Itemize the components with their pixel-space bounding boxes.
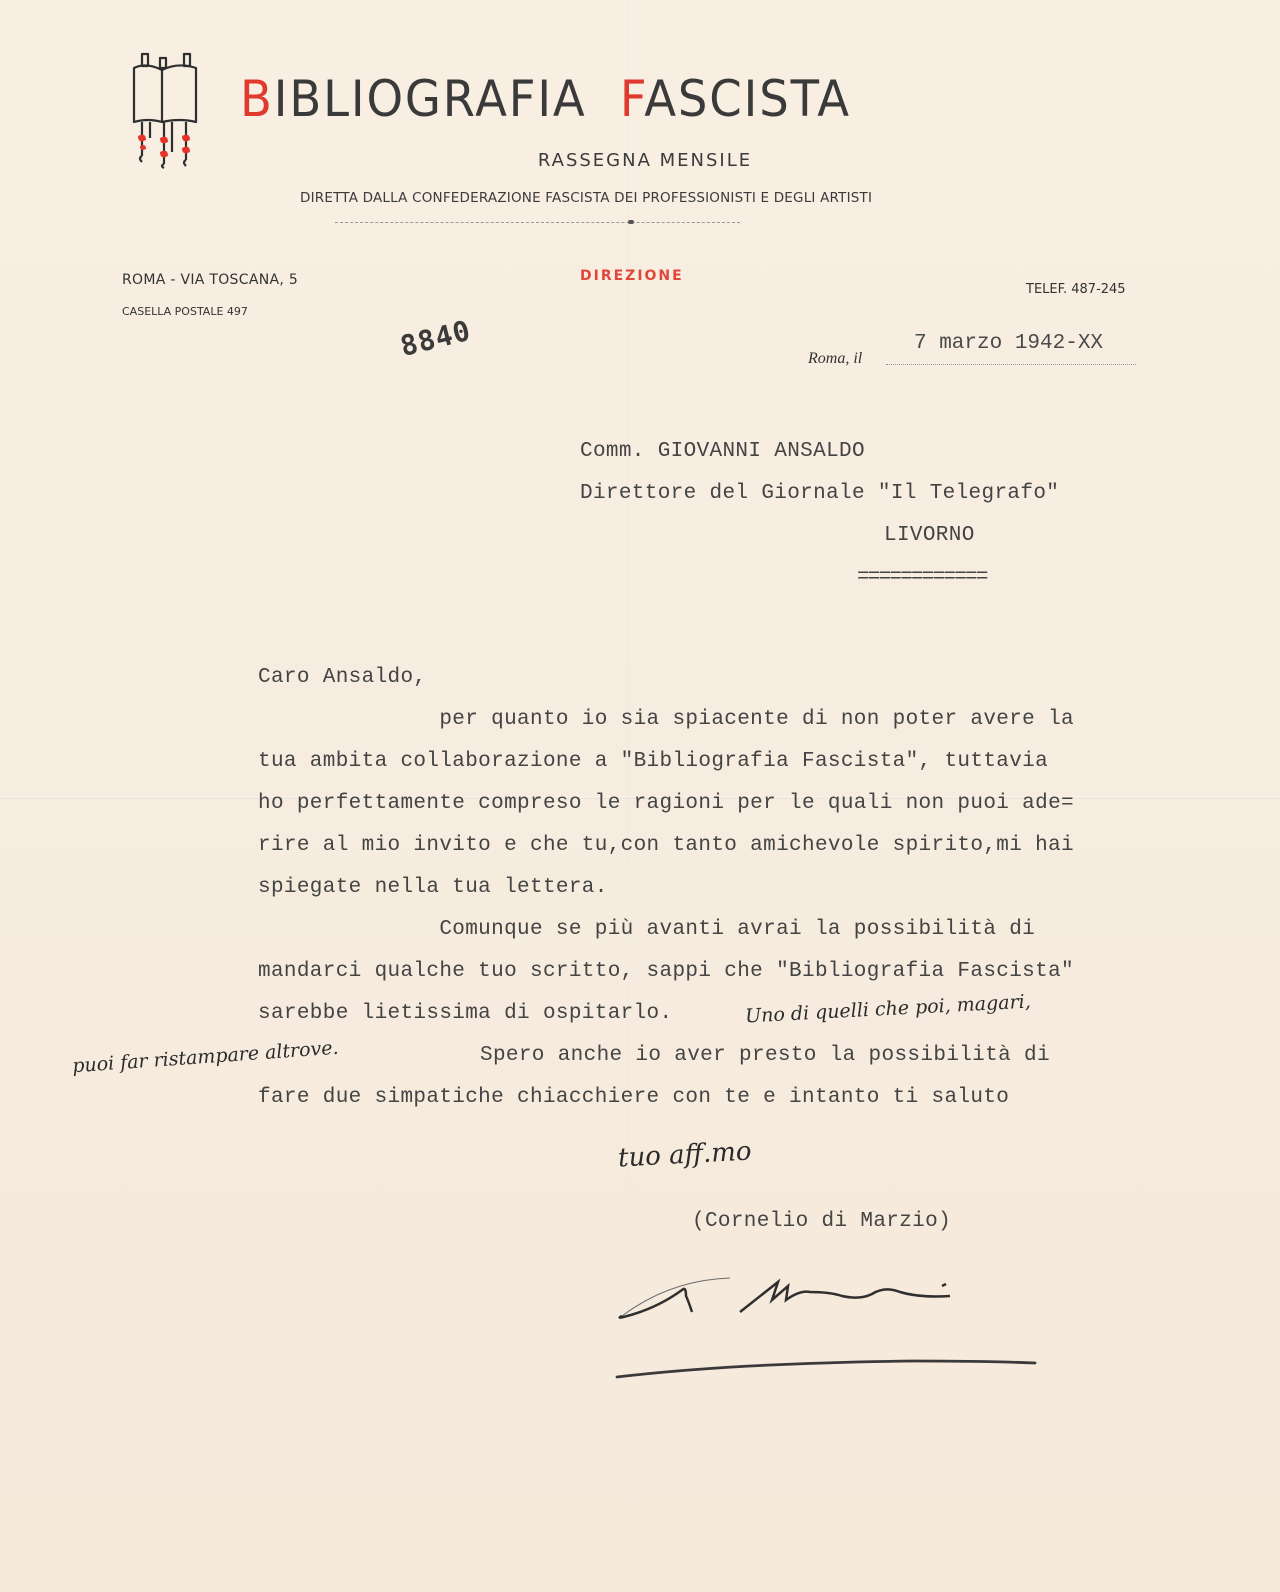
handwritten-closing: tuo aff.mo bbox=[617, 1137, 752, 1174]
body-line: mandarci qualche tuo scritto, sappi che … bbox=[258, 960, 1074, 983]
sender-po-box: CASELLA POSTALE 497 bbox=[122, 305, 248, 318]
body-line: fare due simpatiche chiacchiere con te e… bbox=[258, 1086, 1009, 1109]
recipient-name: Comm. GIOVANNI ANSALDO bbox=[580, 440, 865, 463]
title-word-1: IBLIOGRAFIA bbox=[274, 70, 587, 128]
pen-stroke-line bbox=[615, 1355, 1045, 1385]
sender-phone: TELEF. 487-245 bbox=[1026, 282, 1126, 297]
title-word-2: ASCISTA bbox=[644, 70, 851, 128]
masthead-subtitle: RASSEGNA MENSILE bbox=[538, 150, 752, 171]
masthead-divider-ornament bbox=[628, 220, 634, 224]
masthead-title: BIBLIOGRAFIA FASCISTA bbox=[240, 70, 851, 128]
masthead-subtitle-wrap: RASSEGNA MENSILE bbox=[0, 150, 1280, 171]
date-label: Roma, il bbox=[808, 350, 862, 368]
title-initial-f: F bbox=[620, 70, 644, 128]
recipient-underline: ============ bbox=[857, 566, 987, 589]
date-value: 7 marzo 1942-XX bbox=[914, 332, 1103, 355]
recipient-city: LIVORNO bbox=[884, 524, 975, 547]
typed-signature-name: (Cornelio di Marzio) bbox=[692, 1210, 951, 1233]
salutation: Caro Ansaldo, bbox=[258, 666, 426, 689]
sender-address: ROMA - VIA TOSCANA, 5 bbox=[122, 272, 298, 288]
masthead-divider bbox=[335, 222, 740, 223]
body-line: rire al mio invito e che tu,con tanto am… bbox=[258, 834, 1074, 857]
department-label: DIREZIONE bbox=[580, 268, 684, 284]
body-line: Spero anche io aver presto la possibilit… bbox=[480, 1044, 1050, 1067]
title-initial-b: B bbox=[240, 70, 274, 128]
body-line: sarebbe lietissima di ospitarlo. bbox=[258, 1002, 672, 1025]
body-line: ho perfettamente compreso le ragioni per… bbox=[258, 792, 1074, 815]
body-line: spiegate nella tua lettera. bbox=[258, 876, 608, 899]
protocol-number-stamp: 8840 bbox=[397, 314, 474, 363]
letter-page: BIBLIOGRAFIA FASCISTA RASSEGNA MENSILE D… bbox=[0, 0, 1280, 1592]
body-line: per quanto io sia spiacente di non poter… bbox=[258, 708, 1074, 731]
body-line: tua ambita collaborazione a "Bibliografi… bbox=[258, 750, 1048, 773]
date-dotted-line bbox=[886, 364, 1136, 365]
recipient-title: Direttore del Giornale "Il Telegrafo" bbox=[580, 482, 1059, 505]
handwritten-insert-1: Uno di quelli che poi, magari, bbox=[745, 991, 1032, 1028]
handwritten-insert-2: puoi far ristampare altrove. bbox=[72, 1037, 340, 1078]
handwritten-signature bbox=[610, 1270, 990, 1330]
masthead-directed-by: DIRETTA DALLA CONFEDERAZIONE FASCISTA DE… bbox=[300, 190, 872, 206]
body-line: Comunque se più avanti avrai la possibil… bbox=[258, 918, 1035, 941]
